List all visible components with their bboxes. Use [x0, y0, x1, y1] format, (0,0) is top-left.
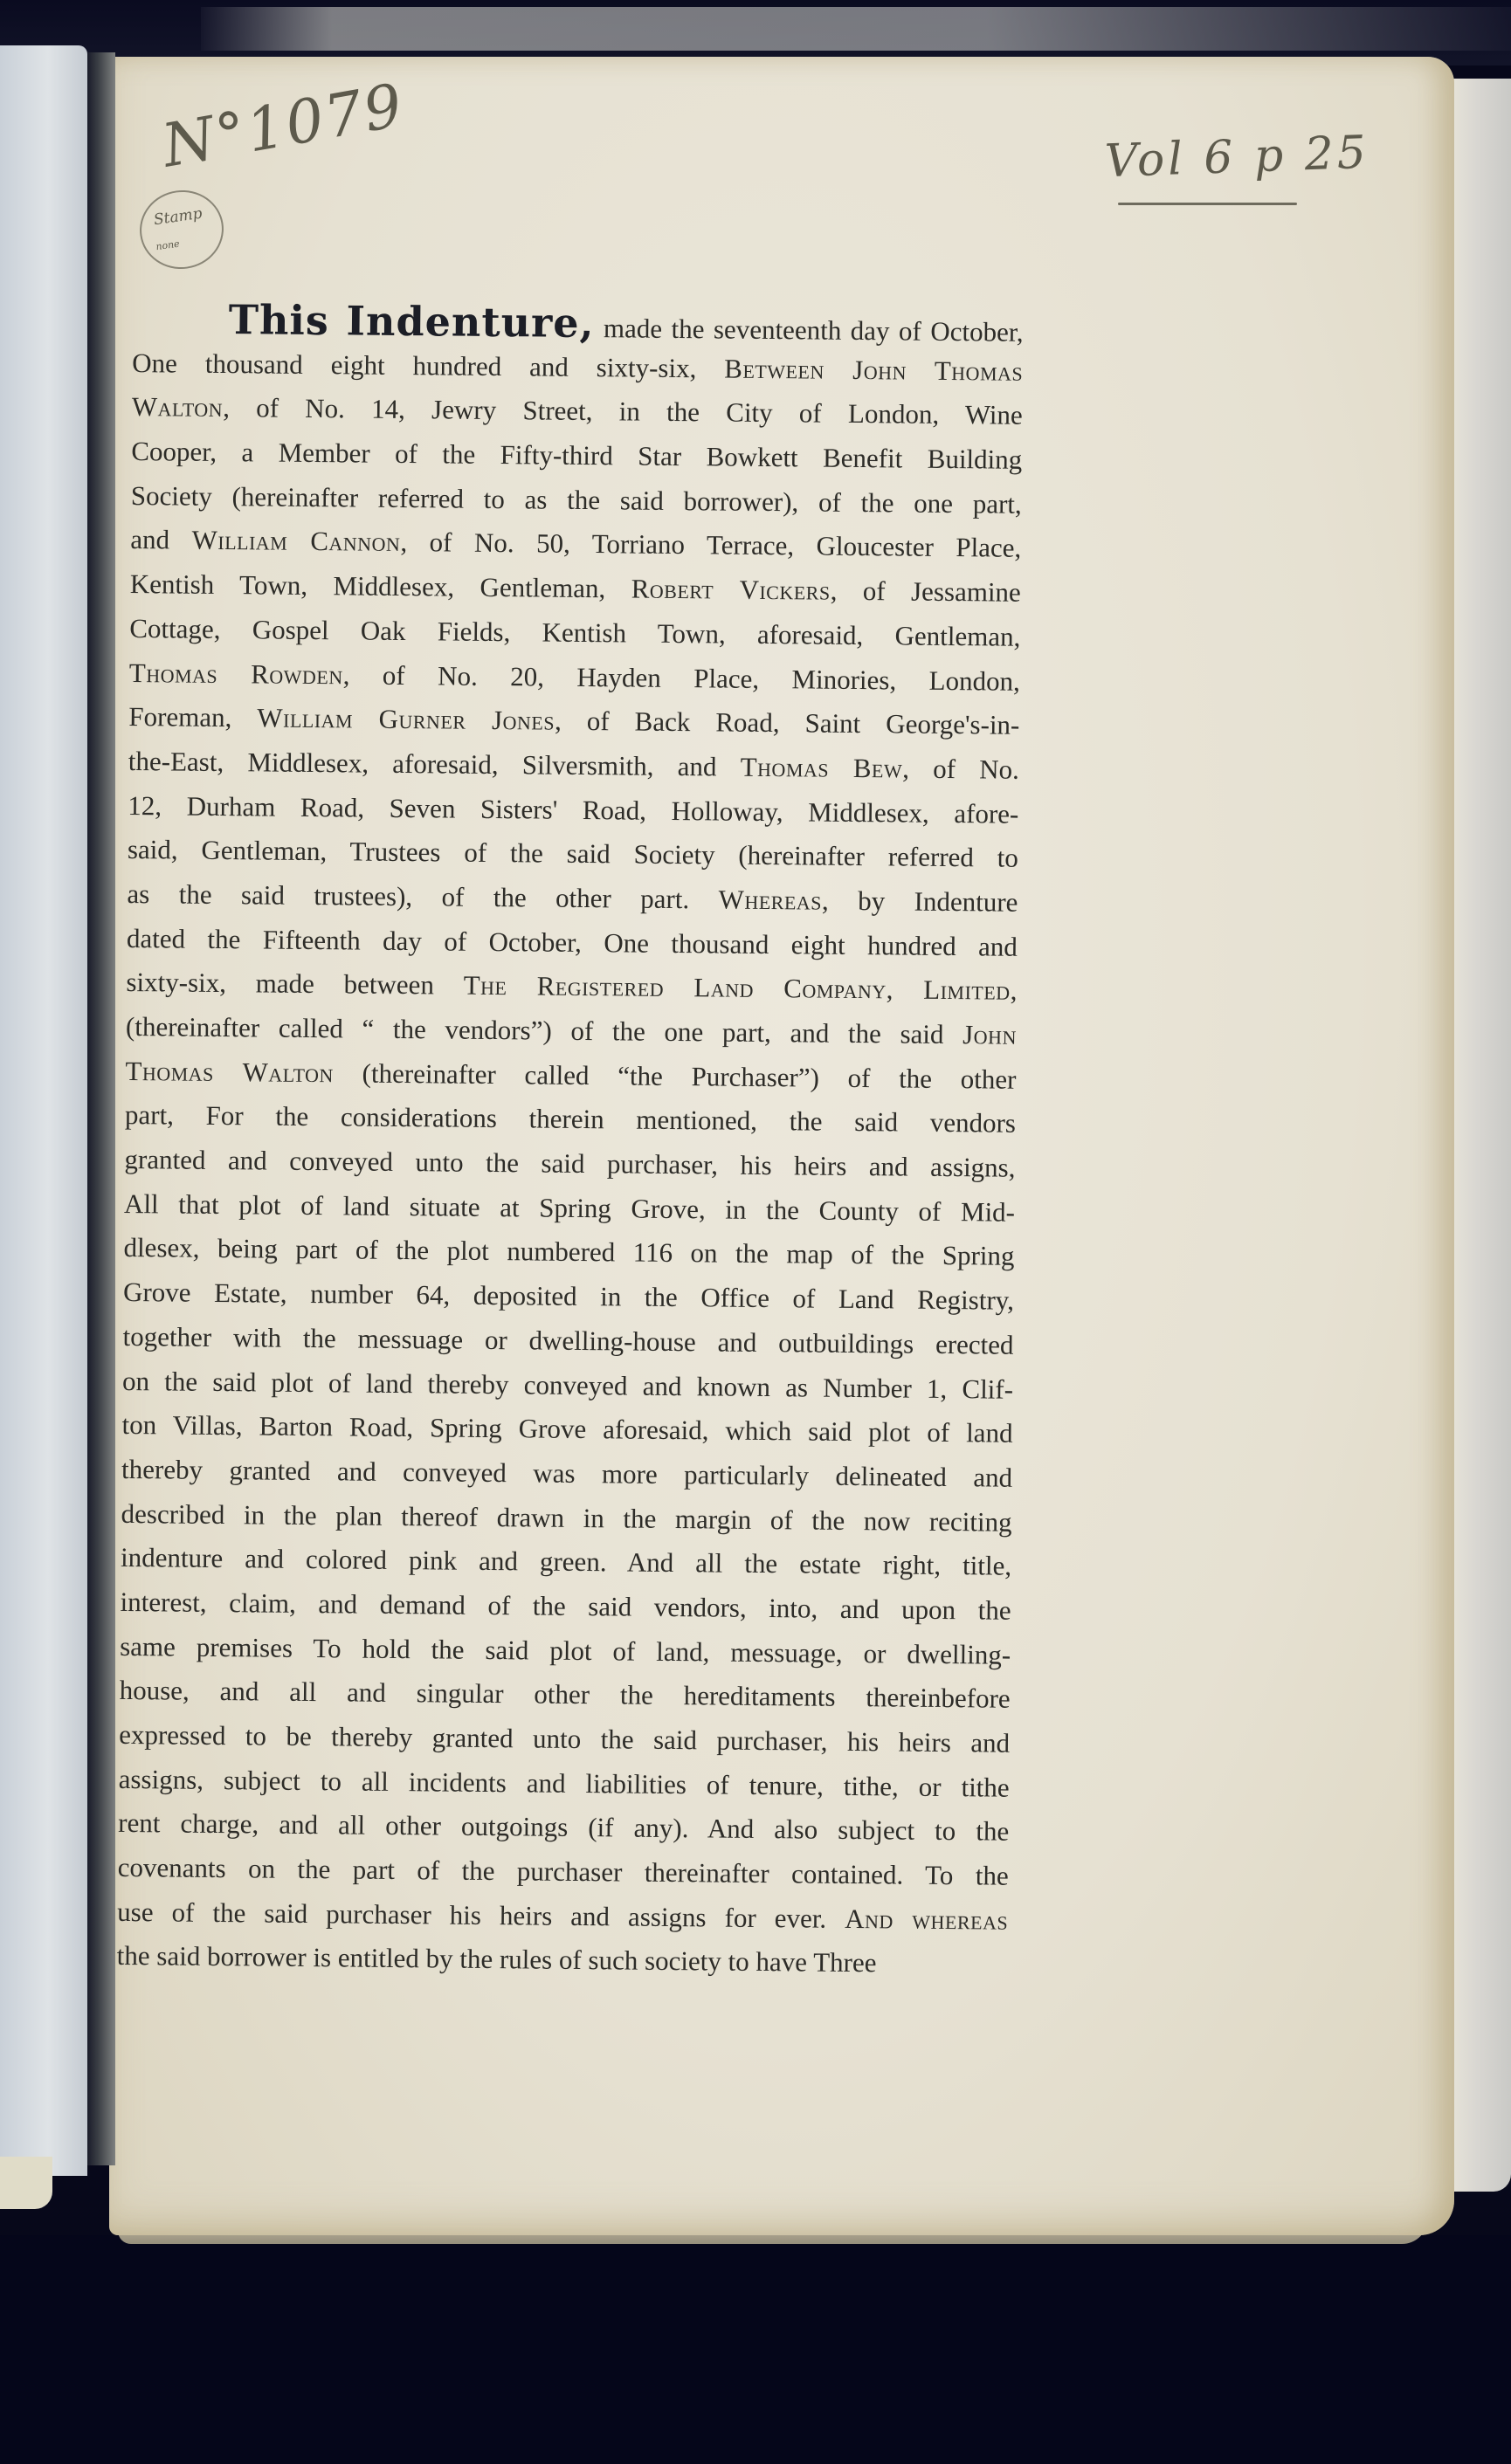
party-name: William Gurner Jones	[257, 703, 555, 736]
text-line: This Indenture, made the seventeenth day…	[133, 297, 1024, 349]
text-run: , by Indenture	[822, 885, 1018, 918]
text-run: thereby granted and conveyed was more pa…	[121, 1454, 1012, 1493]
stamp-text-2: none	[155, 238, 181, 253]
text-run: One thousand eight hundred and sixty-six…	[132, 348, 724, 384]
text-run: sixty-six, made between	[126, 967, 464, 1001]
stamp-text-1: Stamp	[153, 205, 204, 230]
indenture-body-text: This Indenture, made the seventeenth day…	[117, 297, 1024, 1987]
text-line: interest, claim, and demand of the said …	[120, 1580, 1011, 1633]
text-run: granted and conveyed unto the said purch…	[124, 1144, 1015, 1183]
text-run: said, Gentleman, Trustees of the said So…	[128, 834, 1018, 873]
book-gutter	[87, 52, 115, 2165]
text-run: Cooper, a Member of the Fifty-third Star…	[131, 436, 1022, 475]
text-line: together with the messuage or dwelling-h…	[122, 1315, 1013, 1367]
text-run: Cottage, Gospel Oak Fields, Kentish Town…	[129, 613, 1020, 652]
text-run: , of No. 50, Torriano Terrace, Glouceste…	[400, 527, 1021, 563]
text-run: ,	[1011, 975, 1018, 1006]
party-name: Thomas Walton	[125, 1056, 334, 1088]
volume-reference-underline	[1118, 203, 1297, 205]
party-name: Robert Vickers	[631, 574, 831, 606]
text-run: covenants on the part of the purchaser t…	[118, 1852, 1009, 1891]
text-run: indenture and colored pink and green. An…	[121, 1542, 1011, 1581]
party-name: Thomas Rowden	[129, 657, 343, 689]
text-run: expressed to be thereby granted unto the…	[119, 1719, 1010, 1759]
text-line: the said borrower is entitled by the rul…	[117, 1934, 1008, 1986]
text-run: made the seventeenth day of October,	[594, 313, 1023, 348]
text-run: 12, Durham Road, Seven Sisters' Road, Ho…	[128, 790, 1018, 829]
text-line: as the said trustees), of the other part…	[127, 872, 1018, 925]
text-line: expressed to be thereby granted unto the…	[119, 1713, 1010, 1765]
party-name: Between John Thomas	[724, 353, 1023, 386]
text-run: rent charge, and all other outgoings (if…	[118, 1807, 1009, 1847]
text-run: Grove Estate, number 64, deposited in th…	[123, 1277, 1014, 1316]
text-run: the said borrower is entitled by the rul…	[117, 1940, 877, 1978]
text-run: All that plot of land situate at Spring …	[124, 1188, 1015, 1228]
text-run: dlesex, being part of the plot numbered …	[123, 1232, 1014, 1271]
text-run: on the said plot of land thereby conveye…	[122, 1365, 1013, 1404]
text-run: Kentish Town, Middlesex, Gentleman,	[130, 568, 631, 604]
party-name: Whereas	[718, 884, 822, 915]
party-name: William Cannon	[191, 525, 400, 557]
text-run: assigns, subject to all incidents and li…	[119, 1764, 1010, 1803]
page-edges-top	[201, 7, 1511, 51]
text-line: thereby granted and conveyed was more pa…	[121, 1448, 1012, 1500]
handwritten-volume-reference: Vol 6 p 25	[1104, 127, 1370, 189]
text-run: use of the said purchaser his heirs and …	[117, 1896, 845, 1934]
text-run: and	[130, 524, 192, 555]
text-run: , of No. 20, Hayden Place, Minories, Lon…	[343, 659, 1020, 696]
party-name: John	[962, 1019, 1017, 1050]
left-facing-page	[0, 45, 87, 2176]
text-run: , of Jessamine	[830, 575, 1020, 608]
text-run: (thereinafter called “the Purchaser”) of…	[334, 1057, 1017, 1095]
text-run: ton Villas, Barton Road, Spring Grove af…	[121, 1409, 1012, 1449]
text-run: together with the messuage or dwelling-h…	[122, 1321, 1013, 1360]
text-run: same premises To hold the said plot of l…	[120, 1631, 1011, 1670]
text-line: the-East, Middlesex, aforesaid, Silversm…	[128, 740, 1019, 792]
text-run: house, and all and singular other the he…	[120, 1675, 1011, 1714]
text-run: dated the Fifteenth day of October, One …	[127, 923, 1018, 962]
scanner-background-bottom	[0, 2235, 1511, 2464]
party-name: And whereas	[845, 1903, 1008, 1936]
text-run: , of Back Road, Saint George's-in-	[555, 705, 1020, 740]
text-run: , of No.	[902, 753, 1019, 784]
text-run: Society (hereinafter referred to as the …	[131, 480, 1022, 520]
text-run: described in the plan thereof drawn in t…	[121, 1497, 1011, 1537]
text-run: Foreman,	[128, 701, 257, 733]
party-name: The Registered Land Company, Limited	[464, 970, 1011, 1006]
left-page-corner	[0, 2157, 52, 2209]
party-name: Thomas Bew	[741, 752, 903, 784]
text-run: the-East, Middlesex, aforesaid, Silversm…	[128, 746, 741, 782]
text-run: as the said trustees), of the other part…	[127, 878, 719, 914]
text-line: (thereinafter called “ the vendors”) of …	[126, 1005, 1017, 1057]
text-run: , of No. 14, Jewry Street, in the City o…	[223, 392, 1023, 430]
text-run: interest, claim, and demand of the said …	[120, 1586, 1011, 1626]
text-run: part, For the considerations therein men…	[125, 1099, 1016, 1139]
party-name: Walton	[132, 391, 224, 423]
indenture-heading: This Indenture,	[228, 296, 594, 347]
scanner-background-top	[0, 0, 1511, 65]
text-line: Cottage, Gospel Oak Fields, Kentish Town…	[129, 607, 1020, 659]
text-run: (thereinafter called “ the vendors”) of …	[126, 1011, 963, 1050]
